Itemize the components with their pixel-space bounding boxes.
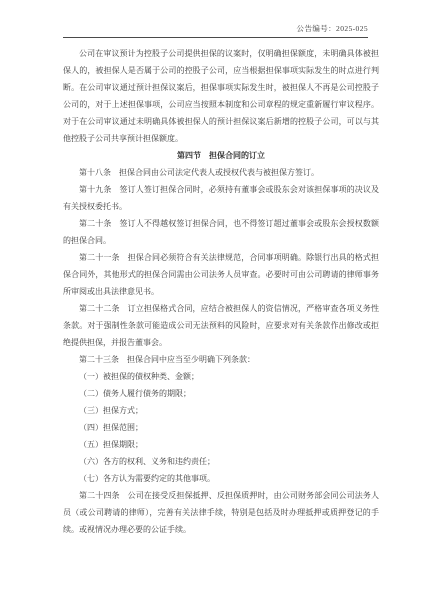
clause-item-7: （七）各方认为需要约定的其他事项。 <box>63 470 379 487</box>
clause-item-1: （一）被担保的债权种类、金额； <box>63 368 379 385</box>
clause-item-5: （五）担保期限； <box>63 436 379 453</box>
article-24-paragraph: 第二十四条 公司在接受反担保抵押、反担保质押时，由公司财务部会同公司法务人员（或… <box>63 487 379 538</box>
article-20-paragraph: 第二十条 签订人不得越权签订担保合同，也不得签订超过董事会或股东会授权数额的担保… <box>63 215 379 249</box>
article-21-paragraph: 第二十一条 担保合同必须符合有关法律规范，合同事项明确。除银行出具的格式担保合同… <box>63 249 379 300</box>
clause-item-3: （三）担保方式； <box>63 402 379 419</box>
announcement-number: 公告编号：2025-025 <box>63 23 368 34</box>
clause-item-2: （二）债务人履行债务的期限； <box>63 385 379 402</box>
article-18-paragraph: 第十八条 担保合同由公司法定代表人或授权代表与被担保方签订。 <box>63 164 379 181</box>
header-divider <box>63 37 368 38</box>
document-page: 公告编号：2025-025 公司在审议预计为控股子公司提供担保的议案时，仅明确担… <box>0 0 424 600</box>
intro-paragraph: 公司在审议预计为控股子公司提供担保的议案时，仅明确担保额度，未明确具体被担保人的… <box>63 45 379 147</box>
article-23-paragraph: 第二十三条 担保合同中应当至少明确下列条款： <box>63 351 379 368</box>
section-heading: 第四节 担保合同的订立 <box>63 147 379 164</box>
clause-item-6: （六）各方的权利、义务和违约责任； <box>63 453 379 470</box>
article-19-paragraph: 第十九条 签订人签订担保合同时，必须持有董事会或股东会对该担保事项的决议及有关授… <box>63 181 379 215</box>
document-body: 公司在审议预计为控股子公司提供担保的议案时，仅明确担保额度，未明确具体被担保人的… <box>63 45 379 538</box>
article-22-paragraph: 第二十二条 订立担保格式合同，应结合被担保人的资信情况，严格审查各项义务性条款。… <box>63 300 379 351</box>
clause-item-4: （四）担保范围； <box>63 419 379 436</box>
